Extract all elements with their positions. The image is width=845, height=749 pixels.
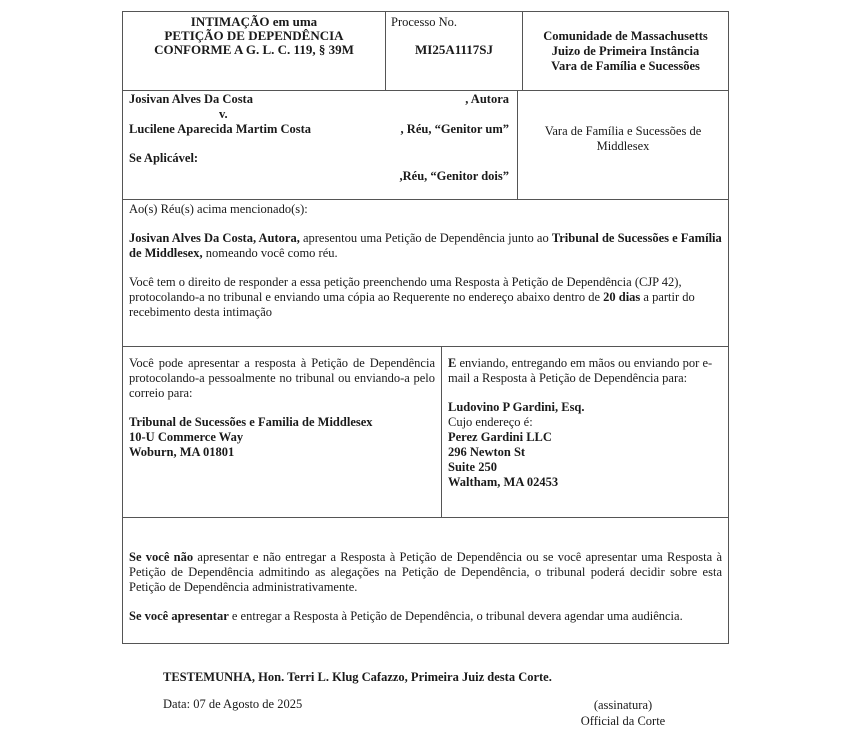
form-title: INTIMAÇÃO em uma PETIÇÃO DE DEPENDÊNCIA … [123, 12, 386, 90]
signature-placeholder: (assinatura) [568, 697, 678, 713]
address-label: Cujo endereço é: [448, 415, 722, 430]
consequence-response: Se você apresentar e entregar a Resposta… [129, 609, 722, 624]
summons-form: INTIMAÇÃO em uma PETIÇÃO DE DEPENDÊNCIA … [122, 11, 729, 644]
notice-paragraph-1: Josivan Alves Da Costa, Autora, apresent… [129, 231, 722, 261]
attorney-name: Ludovino P Gardini, Esq. [448, 400, 722, 415]
attorney-address: Ludovino P Gardini, Esq. Cujo endereço é… [448, 400, 722, 490]
signatory-title: Official da Corte [568, 713, 678, 729]
defendant1-role: , Réu, “Genitor um” [401, 122, 509, 137]
court-address: Tribunal de Sucessões e Familia de Middl… [129, 415, 435, 460]
title-line: INTIMAÇÃO em uma [123, 15, 385, 29]
plaintiff-name: Josivan Alves Da Costa [129, 92, 253, 107]
case-number: MI25A1117SJ [386, 42, 522, 57]
form-header: INTIMAÇÃO em uma PETIÇÃO DE DEPENDÊNCIA … [123, 12, 728, 90]
consequence-no-response: Se você não apresentar e não entregar a … [129, 550, 722, 595]
parties-cell: Josivan Alves Da Costa , Autora v. Lucil… [123, 91, 518, 199]
court-line: Juizo de Primeira Instância [523, 44, 728, 59]
if-applicable-label: Se Aplicável: [129, 151, 198, 166]
case-number-cell: Processo No. MI25A1117SJ [386, 12, 523, 90]
parties-section: Josivan Alves Da Costa , Autora v. Lucil… [123, 90, 728, 199]
filing-section: Você pode apresentar a resposta à Petiçã… [123, 346, 728, 517]
division-name: Vara de Família e Sucessões de Middlesex [518, 91, 728, 199]
notice-section: Ao(s) Réu(s) acima mencionado(s): Josiva… [123, 199, 728, 346]
court-filing-cell: Você pode apresentar a resposta à Petiçã… [123, 347, 442, 517]
court-instructions: Você pode apresentar a resposta à Petiçã… [129, 356, 435, 401]
court-name: Comunidade de Massachusetts Juizo de Pri… [523, 12, 728, 90]
defendant2-role: ,Réu, “Genitor dois” [400, 169, 510, 184]
versus: v. [219, 107, 228, 122]
salutation: Ao(s) Réu(s) acima mencionado(s): [129, 202, 722, 217]
signature-block: (assinatura) Official da Corte [568, 697, 678, 729]
case-number-label: Processo No. [391, 15, 457, 30]
consequences-section: Se você não apresentar e não entregar a … [123, 517, 728, 643]
defendant1-name: Lucilene Aparecida Martim Costa [129, 122, 311, 137]
court-line: Vara de Família e Sucessões [523, 59, 728, 74]
plaintiff-role: , Autora [465, 92, 509, 107]
service-instructions: E enviando, entregando em mãos ou envian… [448, 356, 722, 386]
witness-line: TESTEMUNHA, Hon. Terri L. Klug Cafazzo, … [163, 670, 552, 685]
notice-paragraph-2: Você tem o direito de responder a essa p… [129, 275, 722, 320]
title-line: CONFORME A G. L. C. 119, § 39M [123, 43, 385, 57]
date-line: Data: 07 de Agosto de 2025 [163, 697, 302, 712]
court-line: Comunidade de Massachusetts [523, 29, 728, 44]
title-line: PETIÇÃO DE DEPENDÊNCIA [123, 29, 385, 43]
service-cell: E enviando, entregando em mãos ou envian… [442, 347, 728, 517]
